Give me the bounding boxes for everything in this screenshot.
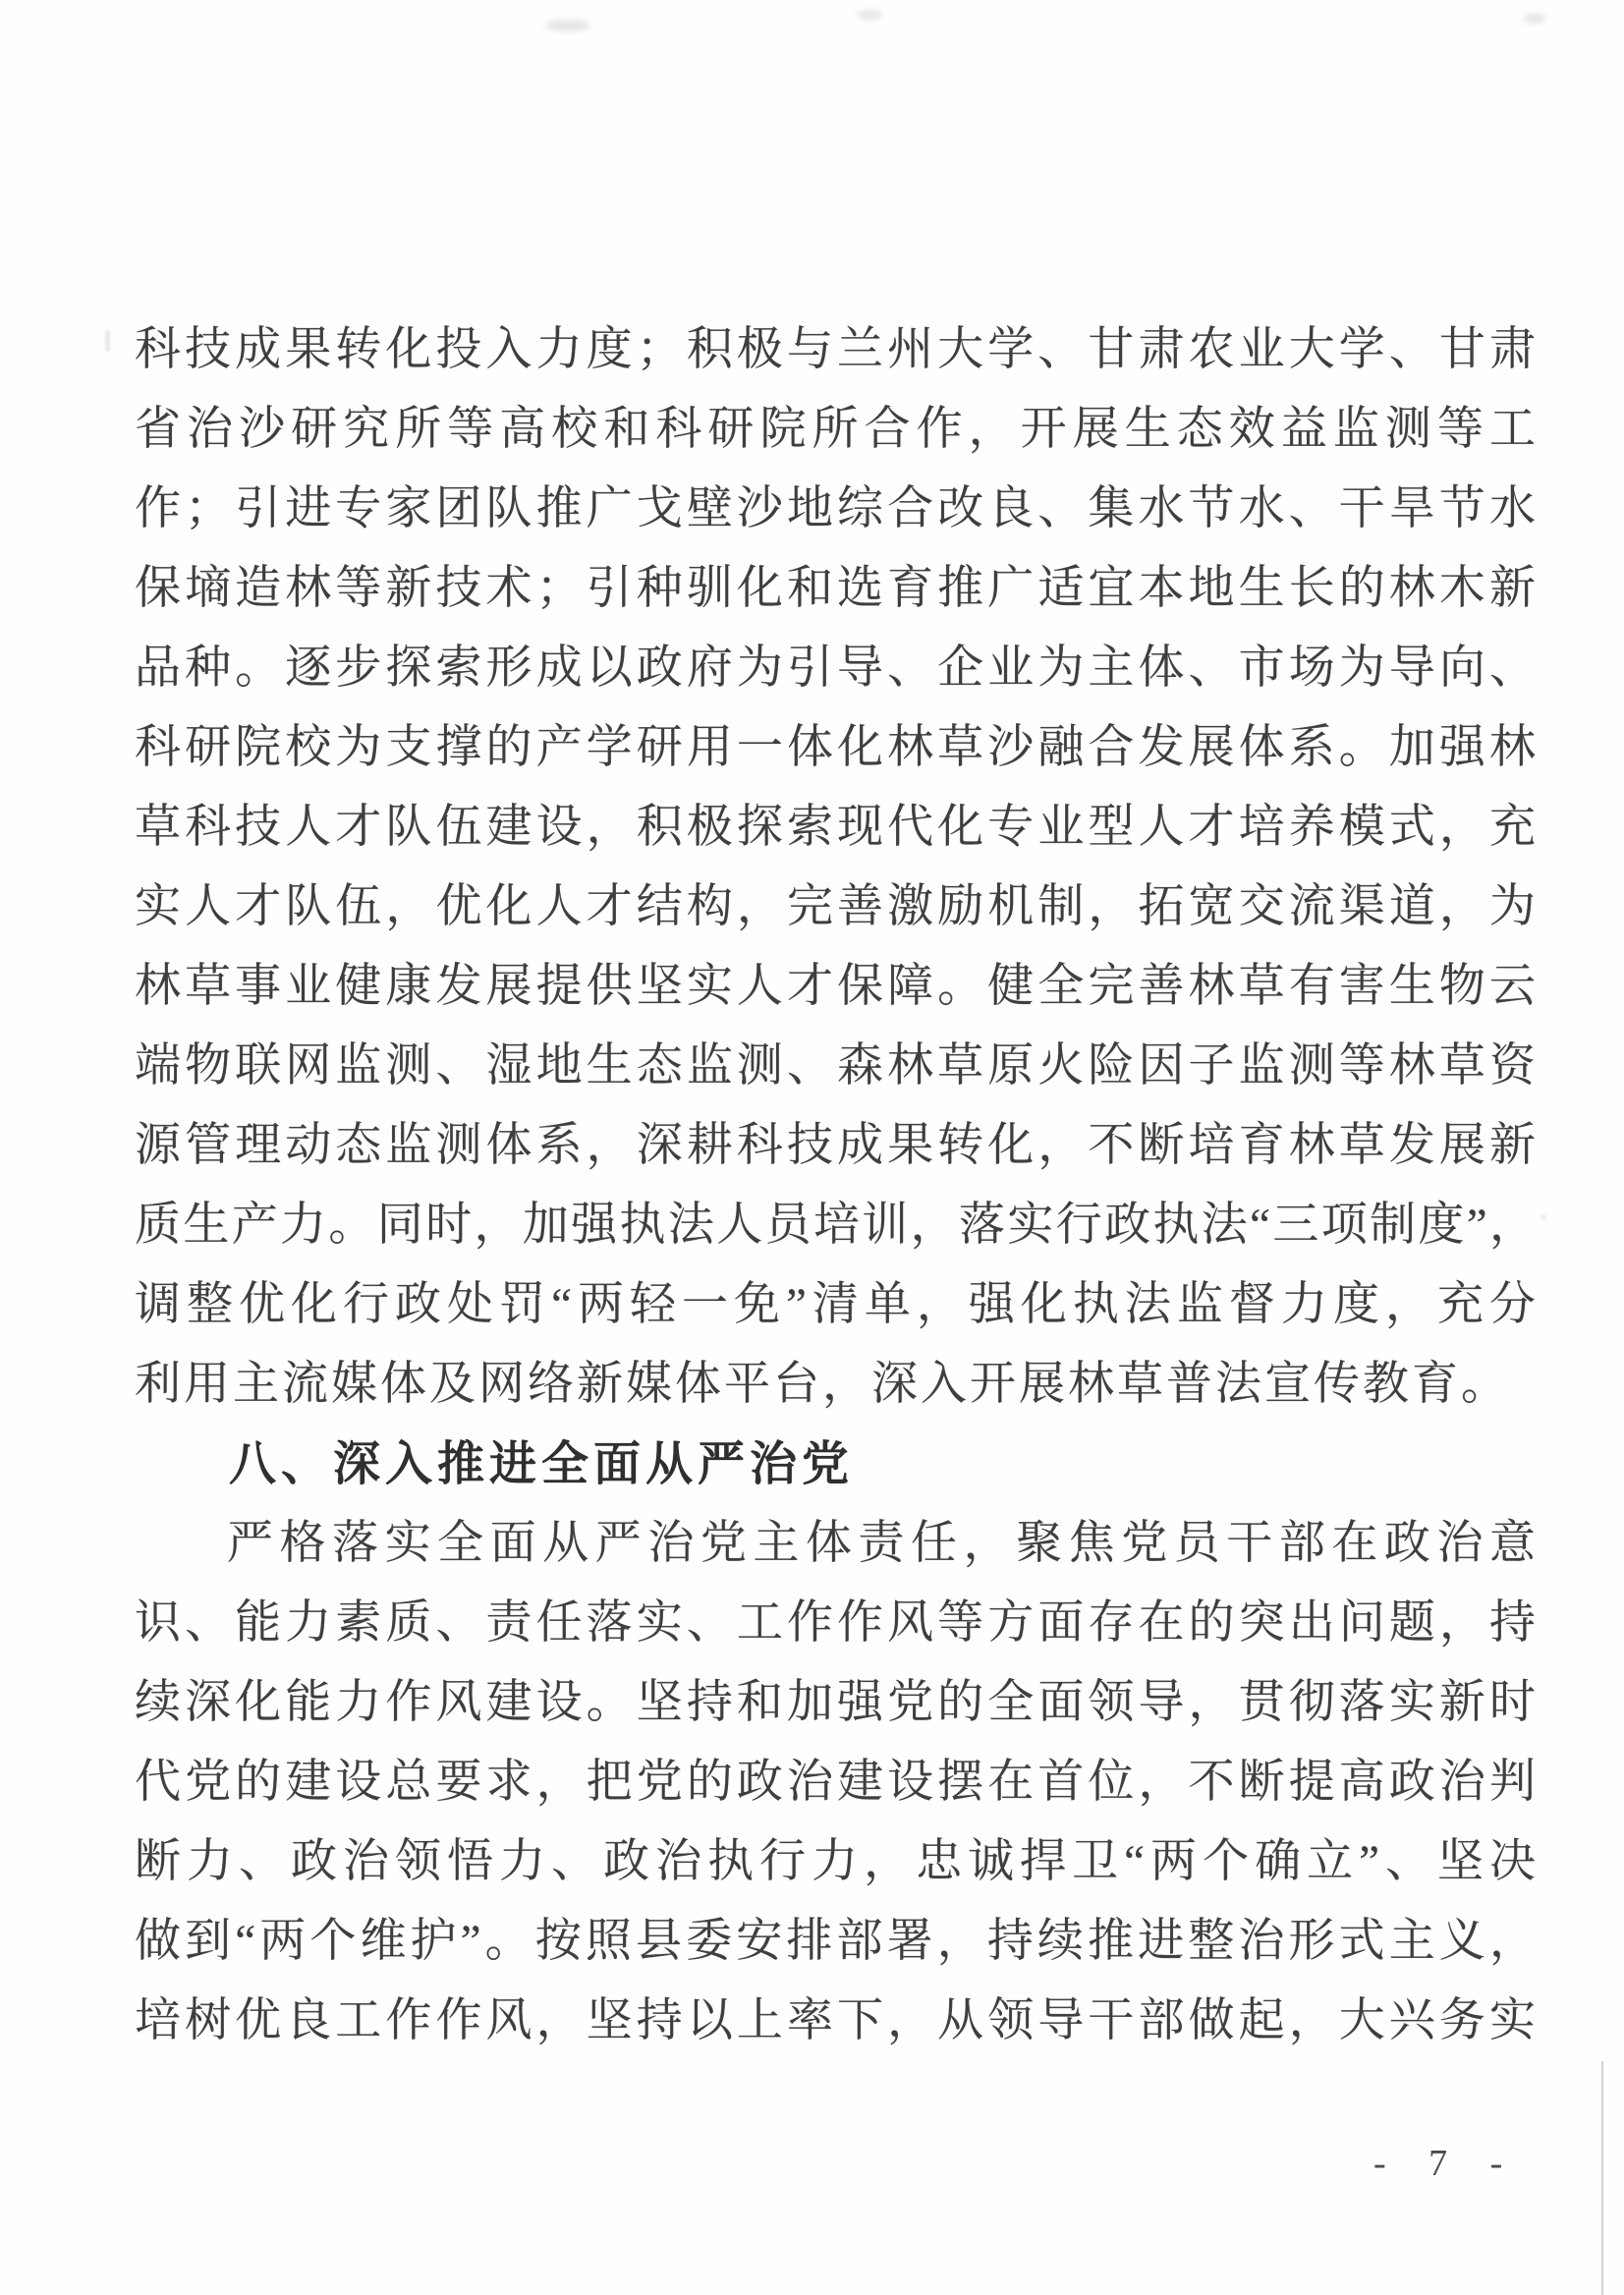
paragraph-first-line: 严格落实全面从严治党主体责任，聚焦党员干部在政治意 <box>135 1504 1536 1584</box>
text-line: 作；引进专家团队推广戈壁沙地综合改良、集水节水、干旱节水 <box>135 470 1536 549</box>
text-line: 端物联网监测、湿地生态监测、森林草原火险因子监测等林草资 <box>135 1027 1536 1106</box>
text-line: 品种。逐步探索形成以政府为引导、企业为主体、市场为导向、 <box>135 629 1536 708</box>
text-line: 草科技人才队伍建设，积极探索现代化专业型人才培养模式，充 <box>135 788 1536 868</box>
scan-smudge-artifact <box>545 20 590 31</box>
scan-smudge-artifact <box>1004 503 1011 510</box>
text-line: 源管理动态监测体系，深耕科技成果转化，不断培育林草发展新 <box>135 1106 1536 1186</box>
text-line: 调整优化行政处罚“两轻一免”清单，强化执法监督力度，充分 <box>135 1265 1536 1345</box>
section-heading: 八、深入推进全面从严治党 <box>135 1425 1536 1504</box>
text-line: 林草事业健康发展提供坚实人才保障。健全完善林草有害生物云 <box>135 947 1536 1027</box>
scan-smudge-artifact <box>1540 1214 1546 1220</box>
text-line: 断力、政治领悟力、政治执行力，忠诚捍卫“两个确立”、坚决 <box>135 1822 1536 1902</box>
scan-smudge-artifact <box>105 330 110 352</box>
text-line: 培树优良工作作风，坚持以上率下，从领导干部做起，大兴务实 <box>135 1982 1536 2061</box>
document-text-block: 科技成果转化投入力度；积极与兰州大学、甘肃农业大学、甘肃省治沙研究所等高校和科研… <box>135 310 1536 2061</box>
text-line: 质生产力。同时，加强执法人员培训，落实行政执法“三项制度”， <box>135 1186 1536 1265</box>
page-number: - 7 - <box>1373 2142 1519 2185</box>
text-line: 保墒造林等新技术；引种驯化和选育推广适宜本地生长的林木新 <box>135 549 1536 629</box>
text-line: 续深化能力作风建设。坚持和加强党的全面领导，贯彻落实新时 <box>135 1663 1536 1743</box>
scanned-document-page: 科技成果转化投入力度；积极与兰州大学、甘肃农业大学、甘肃省治沙研究所等高校和科研… <box>0 0 1624 2295</box>
text-line: 利用主流媒体及网络新媒体平台，深入开展林草普法宣传教育。 <box>135 1345 1536 1425</box>
text-line: 做到“两个维护”。按照县委安排部署，持续推进整治形式主义， <box>135 1902 1536 1982</box>
text-line: 代党的建设总要求，把党的政治建设摆在首位，不断提高政治判 <box>135 1743 1536 1822</box>
text-line: 科研院校为支撑的产学研用一体化林草沙融合发展体系。加强林 <box>135 708 1536 788</box>
text-line: 实人才队伍，优化人才结构，完善激励机制，拓宽交流渠道，为 <box>135 868 1536 947</box>
scan-smudge-artifact <box>1523 14 1546 24</box>
text-line: 省治沙研究所等高校和科研院所合作，开展生态效益监测等工 <box>135 390 1536 470</box>
text-line: 识、能力素质、责任落实、工作作风等方面存在的突出问题，持 <box>135 1584 1536 1663</box>
text-line: 科技成果转化投入力度；积极与兰州大学、甘肃农业大学、甘肃 <box>135 310 1536 390</box>
scan-smudge-artifact <box>857 10 882 20</box>
scan-edge-line-artifact <box>1601 2061 1603 2295</box>
